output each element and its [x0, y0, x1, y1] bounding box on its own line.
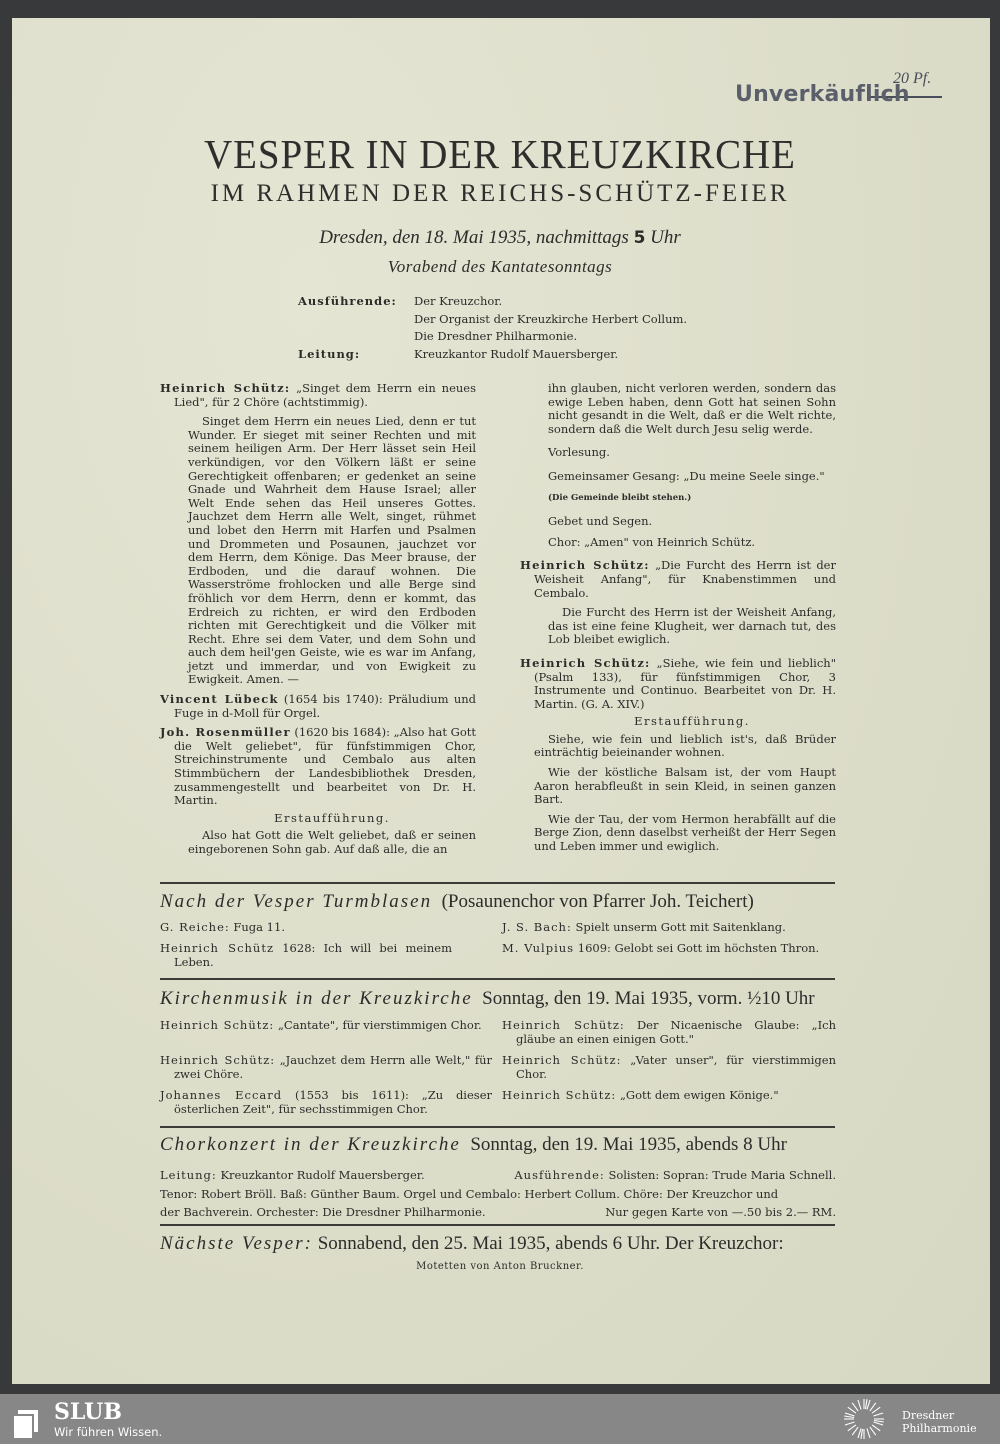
philharmonie-logo-text: DresdnerPhilharmonie: [902, 1409, 977, 1435]
next-vesper-details: Sonnabend, den 25. Mai 1935, abends 6 Uh…: [313, 1233, 784, 1254]
composer-name: Heinrich Schütz:: [520, 656, 651, 670]
composer-name: Heinrich Schütz: [160, 941, 274, 955]
section-title: Chorkonzert in der Kreuzkirche: [160, 1134, 461, 1155]
next-vesper-heading: Nächste Vesper: Sonnabend, den 25. Mai 1…: [160, 1233, 840, 1255]
partner-line-2: Philharmonie: [902, 1422, 977, 1435]
ticket-price-info: Nur gegen Karte von —.50 bis 2.— RM.: [605, 1203, 836, 1222]
footer-bar: SLUB Wir führen Wissen. DresdnerPhilharm…: [0, 1394, 1000, 1444]
leader-info: Leitung: Kreuzkantor Rudolf Mauersberger…: [160, 1166, 425, 1185]
dateline-hour: 5: [634, 228, 646, 248]
kirchenmusik-list: Heinrich Schütz: „Cantate", für vierstim…: [160, 1018, 836, 1123]
amen-item: Chor: „Amen" von Heinrich Schütz.: [520, 536, 836, 550]
partner-line-1: Dresdner: [902, 1409, 977, 1422]
list-item: Heinrich Schütz: „Jauchzet dem Herrn all…: [160, 1053, 492, 1081]
section-title: Nach der Vesper Turmblasen: [160, 891, 432, 912]
hymn-note: (Die Gemeinde bleibt stehen.): [520, 492, 836, 506]
program-entry: Joh. Rosenmüller (1620 bis 1684): „Also …: [160, 726, 476, 808]
program-entry: Heinrich Schütz: „Singet dem Herrn ein n…: [160, 382, 476, 409]
lyrics-text: Also hat Gott die Welt geliebet, daß er …: [160, 829, 476, 856]
page-subtitle: IM RAHMEN DER REICHS-SCHÜTZ-FEIER: [0, 180, 1000, 208]
lyrics-text: Wie der köstliche Balsam ist, der vom Ha…: [520, 766, 836, 807]
performer: Der Organist der Kreuzkirche Herbert Col…: [414, 311, 687, 329]
unverkauflich-stamp: Unverkäuflich: [735, 82, 910, 107]
prayer-item: Gebet und Segen.: [520, 515, 836, 529]
composer-name: Heinrich Schütz:: [520, 558, 650, 572]
lyrics-text: Wie der Tau, der vom Hermon herabfällt a…: [520, 813, 836, 854]
slub-logo-text: SLUB: [54, 1399, 122, 1425]
turmblasen-list: G. Reiche: Fuga 11. J. S. Bach: Spielt u…: [160, 920, 836, 976]
program-right-column: ihn glauben, nicht verloren werden, sond…: [520, 382, 836, 860]
divider: [160, 882, 835, 884]
performer: Die Dresdner Philharmonie.: [414, 328, 577, 346]
divider: [160, 1126, 835, 1128]
page-title: VESPER IN DER KREUZKIRCHE: [25, 130, 975, 178]
program-entry: Heinrich Schütz: „Siehe, wie fein und li…: [520, 657, 836, 711]
event-occasion: Vorabend des Kantatesonntags: [0, 257, 1000, 277]
work-title: „Cantate", für vierstimmigen Chor.: [274, 1018, 481, 1032]
composer-name: Heinrich Schütz:: [502, 1088, 616, 1102]
premiere-note: Erstaufführung.: [188, 812, 476, 826]
dateline-suffix: Uhr: [645, 227, 680, 248]
performer: Der Kreuzchor.: [414, 293, 502, 311]
leader-label: Leitung:: [298, 346, 414, 364]
list-item: Heinrich Schütz: „Gott dem ewigen Könige…: [502, 1088, 836, 1116]
list-item: Johannes Eccard (1553 bis 1611): „Zu die…: [160, 1088, 492, 1116]
turmblasen-heading: Nach der Vesper Turmblasen (Posaunenchor…: [160, 891, 840, 913]
composer-name: Heinrich Schütz:: [160, 381, 290, 395]
performers-value: Solisten: Sopran: Trude Maria Schnell.: [605, 1168, 836, 1182]
performers-label: Ausführende:: [514, 1168, 604, 1182]
composer-name: J. S. Bach:: [502, 920, 572, 934]
composer-name: G. Reiche:: [160, 920, 230, 934]
section-title: Nächste Vesper:: [160, 1233, 313, 1254]
section-date: Sonntag, den 19. Mai 1935, vorm. ½10 Uhr: [482, 988, 814, 1009]
divider: [160, 978, 835, 980]
leader-label: Leitung:: [160, 1168, 217, 1182]
soloists-info: Tenor: Robert Bröll. Baß: Günther Baum. …: [160, 1185, 778, 1204]
chorkonzert-heading: Chorkonzert in der Kreuzkirche Sonntag, …: [160, 1134, 840, 1156]
program-entry: Vincent Lübeck (1654 bis 1740): Präludiu…: [160, 693, 476, 720]
composer-name: Johannes Eccard: [160, 1088, 282, 1102]
composer-name: Heinrich Schütz:: [502, 1053, 621, 1067]
philharmonie-logo-icon: [843, 1398, 885, 1440]
kirchenmusik-heading: Kirchenmusik in der Kreuzkirche Sonntag,…: [160, 988, 840, 1010]
dateline-prefix: Dresden, den 18. Mai 1935, nachmittags: [319, 227, 633, 248]
list-item: Heinrich Schütz: „Vater unser", für vier…: [502, 1053, 836, 1081]
slub-tagline: Wir führen Wissen.: [54, 1425, 162, 1439]
composer-name: Vincent Lübeck: [160, 692, 279, 706]
leader-value: Kreuzkantor Rudolf Mauersberger.: [217, 1168, 425, 1182]
program-entry: Heinrich Schütz: „Die Furcht des Herrn i…: [520, 559, 836, 600]
lyrics-text: ihn glauben, nicht verloren werden, sond…: [520, 382, 836, 436]
work-title: „Gott dem ewigen Könige.": [616, 1088, 778, 1102]
premiere-note: Erstaufführung.: [548, 715, 836, 729]
chorkonzert-details: Leitung: Kreuzkantor Rudolf Mauersberger…: [160, 1166, 836, 1222]
work-title: Spielt unserm Gott mit Saitenklang.: [572, 920, 786, 934]
composer-name: Heinrich Schütz:: [160, 1018, 274, 1032]
divider: [160, 1224, 835, 1226]
list-item: Heinrich Schütz 1628: Ich will bei meine…: [160, 941, 492, 969]
lyrics-text: Siehe, wie fein und lieblich ist's, daß …: [520, 733, 836, 760]
next-vesper-program: Motetten von Anton Bruckner.: [0, 1261, 1000, 1272]
list-item: Heinrich Schütz: „Cantate", für vierstim…: [160, 1018, 492, 1046]
section-subtitle: (Posaunenchor von Pfarrer Joh. Teichert): [442, 891, 754, 912]
work-title: 1609: Gelobt sei Gott im höchsten Thron.: [574, 941, 819, 955]
performers-block: Ausführende:Der Kreuzchor. Der Organist …: [298, 293, 687, 363]
program-left-column: Heinrich Schütz: „Singet dem Herrn ein n…: [160, 382, 476, 863]
section-title: Kirchenmusik in der Kreuzkirche: [160, 988, 473, 1009]
orchestra-info: der Bachverein. Orchester: Die Dresdner …: [160, 1203, 486, 1222]
list-item: G. Reiche: Fuga 11.: [160, 920, 492, 934]
section-date: Sonntag, den 19. Mai 1935, abends 8 Uhr: [470, 1134, 787, 1155]
event-dateline: Dresden, den 18. Mai 1935, nachmittags 5…: [0, 227, 1000, 249]
performers-label: Ausführende:: [298, 293, 414, 311]
composer-name: Joh. Rosenmüller: [160, 725, 291, 739]
list-item: M. Vulpius 1609: Gelobt sei Gott im höch…: [502, 941, 836, 969]
list-item: Heinrich Schütz: Der Nicaenische Glaube:…: [502, 1018, 836, 1046]
work-title: Fuga 11.: [230, 920, 285, 934]
reading-item: Vorlesung.: [520, 446, 836, 460]
hymn-item: Gemeinsamer Gesang: „Du meine Seele sing…: [520, 470, 836, 484]
list-item: J. S. Bach: Spielt unserm Gott mit Saite…: [502, 920, 836, 934]
leader: Kreuzkantor Rudolf Mauersberger.: [414, 346, 618, 364]
performers-info: Ausführende: Solisten: Sopran: Trude Mar…: [514, 1166, 836, 1185]
composer-name: Heinrich Schütz:: [502, 1018, 625, 1032]
composer-name: Heinrich Schütz:: [160, 1053, 275, 1067]
slub-logo-icon: [14, 1410, 40, 1438]
composer-name: M. Vulpius: [502, 941, 574, 955]
lyrics-text: Die Furcht des Herrn ist der Weisheit An…: [520, 606, 836, 647]
lyrics-text: Singet dem Herrn ein neues Lied, denn er…: [160, 415, 476, 687]
